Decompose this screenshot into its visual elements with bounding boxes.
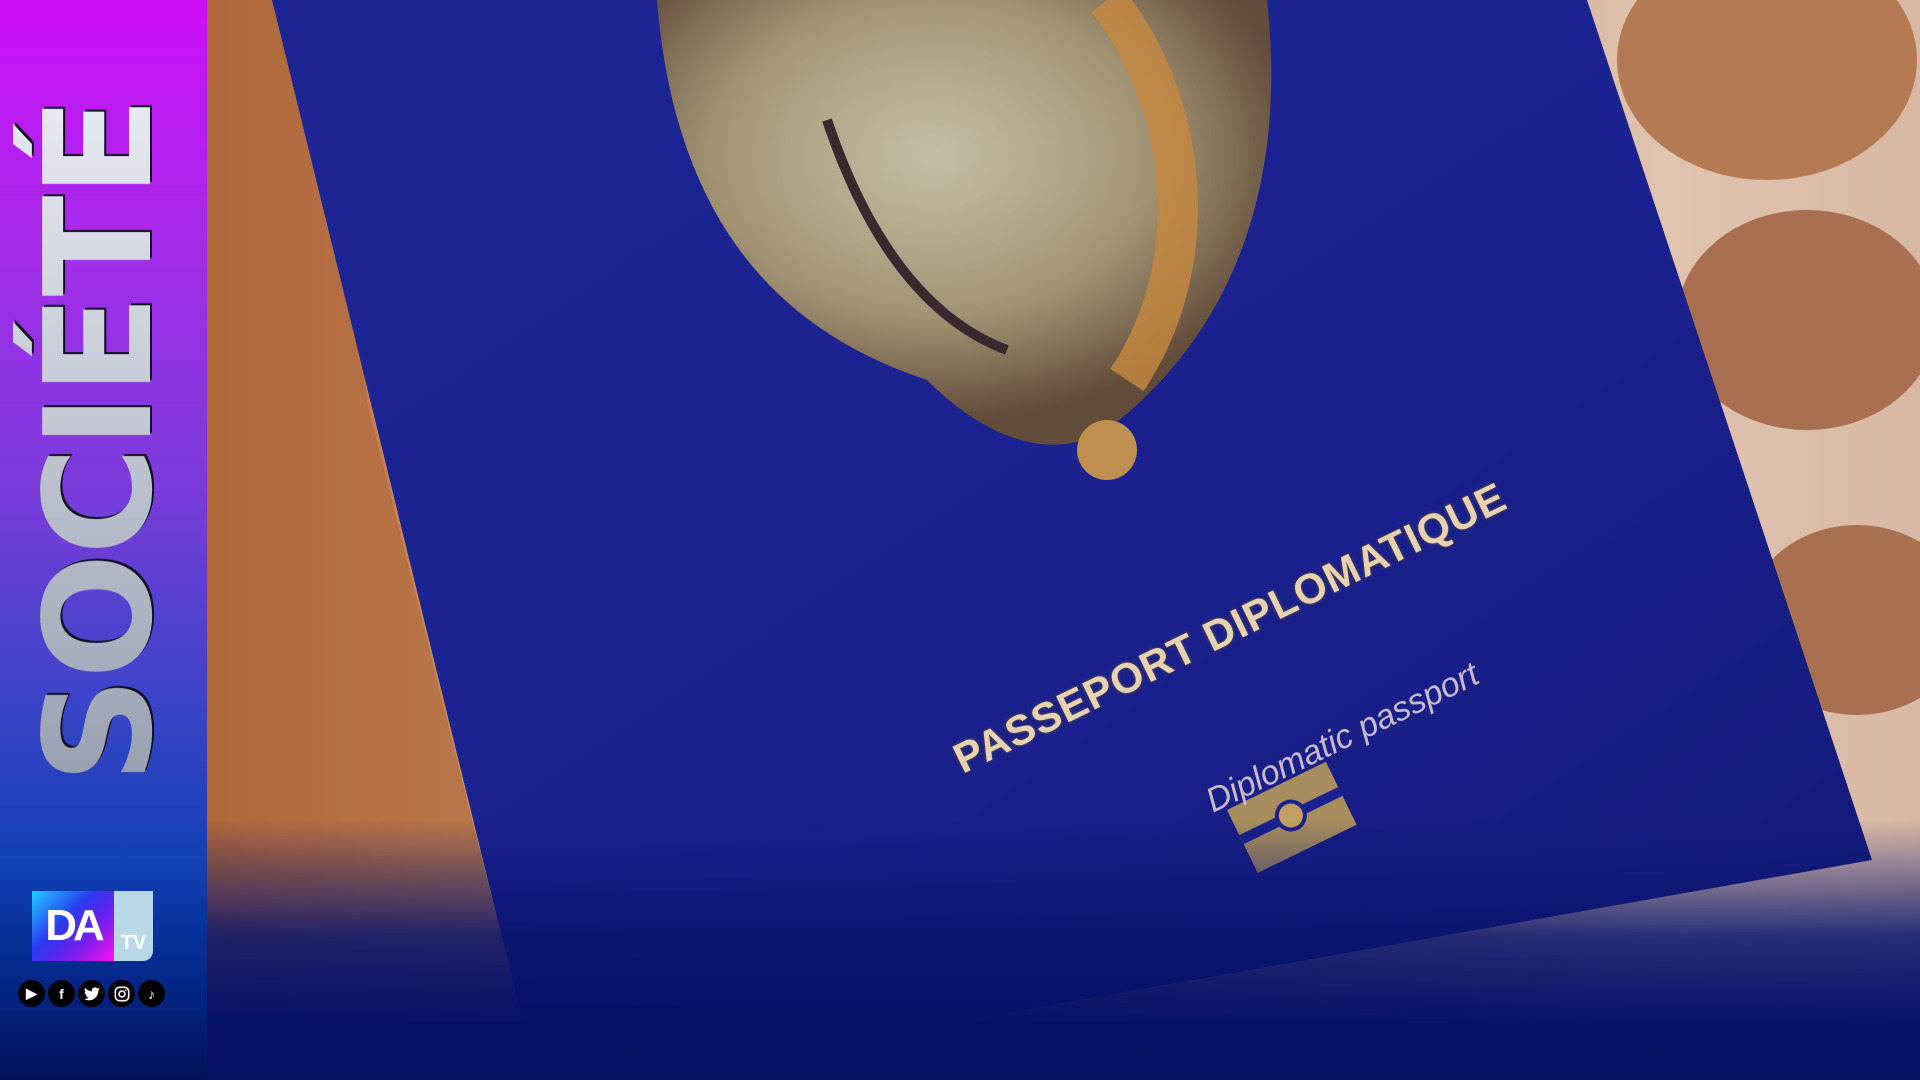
twitter-icon[interactable]: [78, 980, 105, 1007]
category-sidebar: SOCIÉTÉ DA TV ▶ f ♪: [0, 0, 207, 1080]
category-title: SOCIÉTÉ: [40, 43, 158, 838]
social-links: ▶ f ♪: [18, 980, 165, 1007]
youtube-icon[interactable]: ▶: [18, 980, 45, 1007]
logo-suffix: TV: [114, 891, 153, 961]
facebook-icon[interactable]: f: [48, 980, 75, 1007]
bottom-gradient-overlay: [207, 820, 1920, 1080]
article-photo: PASSEPORT DIPLOMATIQUE Diplomatic passpo…: [207, 0, 1920, 1080]
da-tv-logo[interactable]: DA TV: [32, 891, 153, 961]
instagram-icon[interactable]: [108, 980, 135, 1007]
category-title-text: SOCIÉTÉ: [13, 98, 185, 783]
logo-main: DA: [32, 891, 114, 961]
tiktok-icon[interactable]: ♪: [138, 980, 165, 1007]
